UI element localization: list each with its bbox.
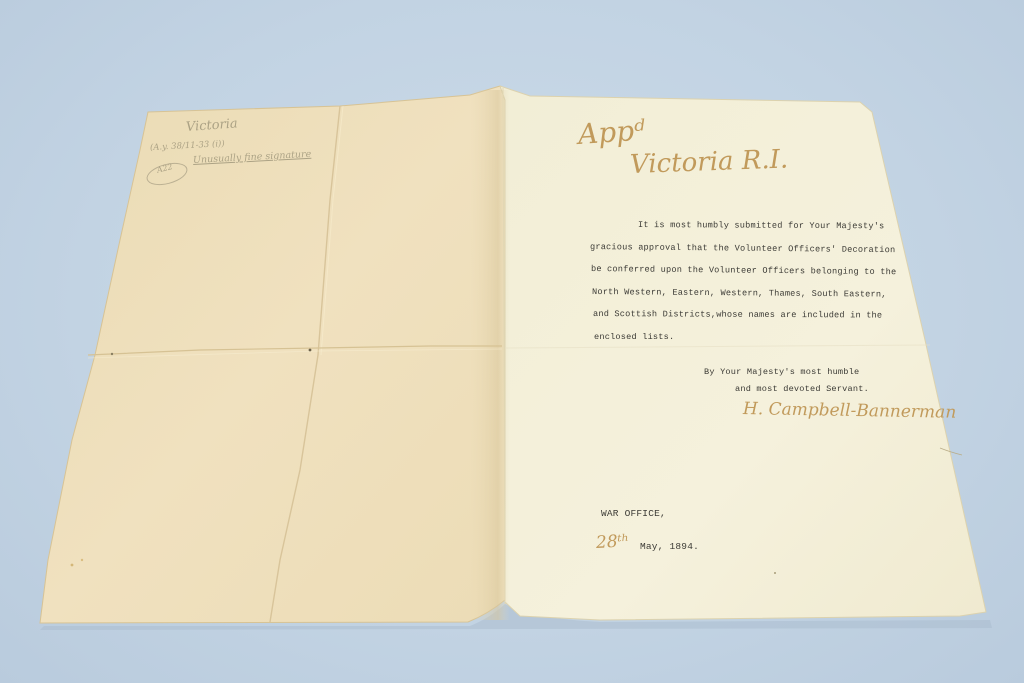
minister-signature: H. Campbell-Bannerman: [743, 399, 957, 423]
body-line-6: enclosed lists.: [594, 332, 674, 342]
queen-signature: Victoria R.I.: [629, 144, 788, 180]
photo-scene: Victoria (A.y. 38/11-33 (i)) Unusually f…: [0, 0, 1024, 683]
document-sheet: [0, 0, 1024, 683]
date-day-handwritten: 28ᵗʰ: [595, 531, 629, 553]
closing-line-1: By Your Majesty's most humble: [704, 367, 859, 377]
approval-abbrev: Appᵈ: [577, 113, 646, 151]
closing-line-2: and most devoted Servant.: [735, 384, 869, 394]
date-typed: May, 1894.: [640, 541, 699, 552]
body-line-1: It is most humbly submitted for Your Maj…: [638, 220, 884, 231]
war-office-label: WAR OFFICE,: [601, 508, 666, 519]
body-line-5: and Scottish Districts,whose names are i…: [593, 309, 882, 321]
